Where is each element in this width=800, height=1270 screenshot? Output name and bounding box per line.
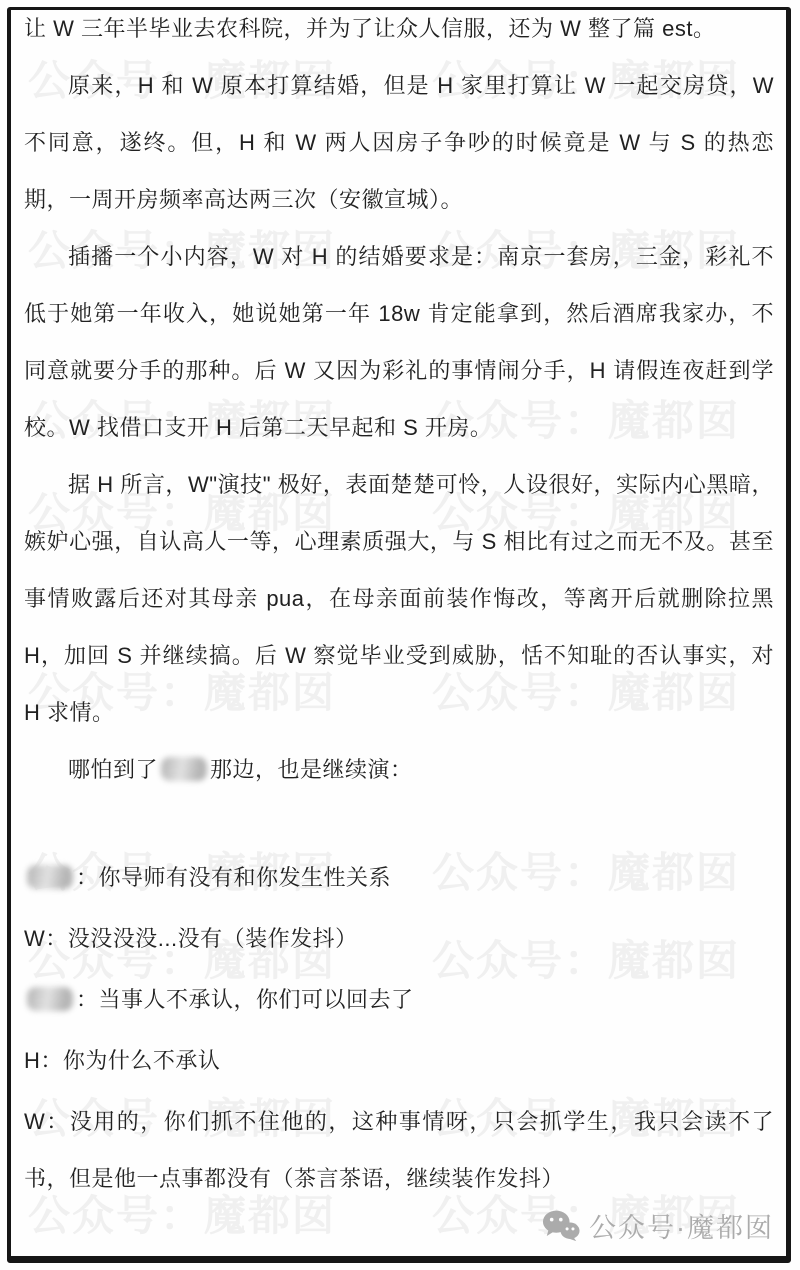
dialog-line: W：没没没没...没有（装作发抖） — [24, 910, 774, 967]
paragraph-1: 让 W 三年半毕业去农科院，并为了让众人信服，还为 W 整了篇 est。 — [24, 0, 774, 57]
paragraph-5-prefix: 哪怕到了 — [68, 757, 158, 782]
dialog-line-text: W：没没没没...没有（装作发抖） — [24, 926, 358, 951]
paragraph-5: 哪怕到了那边，也是继续演： — [24, 741, 774, 798]
dialog-line-text: ：你导师有没有和你发生性关系 — [76, 865, 391, 890]
dialog-line-text: H：你为什么不承认 — [24, 1048, 220, 1073]
paragraph-2: 原来，H 和 W 原本打算结婚，但是 H 家里打算让 W 一起交房贷，W 不同意… — [24, 57, 774, 228]
dialog-section: ：你导师有没有和你发生性关系W：没没没没...没有（装作发抖）：当事人不承认，你… — [24, 849, 774, 1207]
wechat-icon — [542, 1209, 580, 1242]
account-badge: 公众号·魔都囡 — [542, 1206, 774, 1245]
censored-speaker-blur — [27, 865, 73, 889]
paragraph-4: 据 H 所言，W"演技" 极好，表面楚楚可怜，人设很好，实际内心黑暗，嫉妒心强，… — [24, 456, 774, 741]
account-badge-label: 公众号·魔都囡 — [589, 1206, 774, 1245]
paragraph-3: 插播一个小内容，W 对 H 的结婚要求是：南京一套房，三金，彩礼不低于她第一年收… — [24, 228, 774, 456]
paragraph-5-suffix: 那边，也是继续演： — [210, 757, 413, 782]
dialog-line: W：没用的，你们抓不住他的，这种事情呀，只会抓学生，我只会读不了书，但是他一点事… — [24, 1093, 774, 1207]
dialog-line: ：你导师有没有和你发生性关系 — [24, 849, 774, 906]
dialog-line-text: W：没用的，你们抓不住他的，这种事情呀，只会抓学生，我只会读不了书，但是他一点事… — [24, 1109, 774, 1191]
article-page: 公众号：魔都囡公众号：魔都囡公众号：魔都囡公众号：魔都囡公众号：魔都囡公众号：魔… — [0, 0, 800, 1270]
dialog-line: H：你为什么不承认 — [24, 1032, 774, 1089]
article-content: 让 W 三年半毕业去农科院，并为了让众人信服，还为 W 整了篇 est。 原来，… — [24, 0, 774, 1207]
dialog-line-text: ：当事人不承认，你们可以回去了 — [76, 987, 414, 1012]
censored-speaker-blur — [27, 987, 73, 1011]
censored-name-blur — [161, 757, 207, 781]
dialog-line: ：当事人不承认，你们可以回去了 — [24, 971, 774, 1028]
